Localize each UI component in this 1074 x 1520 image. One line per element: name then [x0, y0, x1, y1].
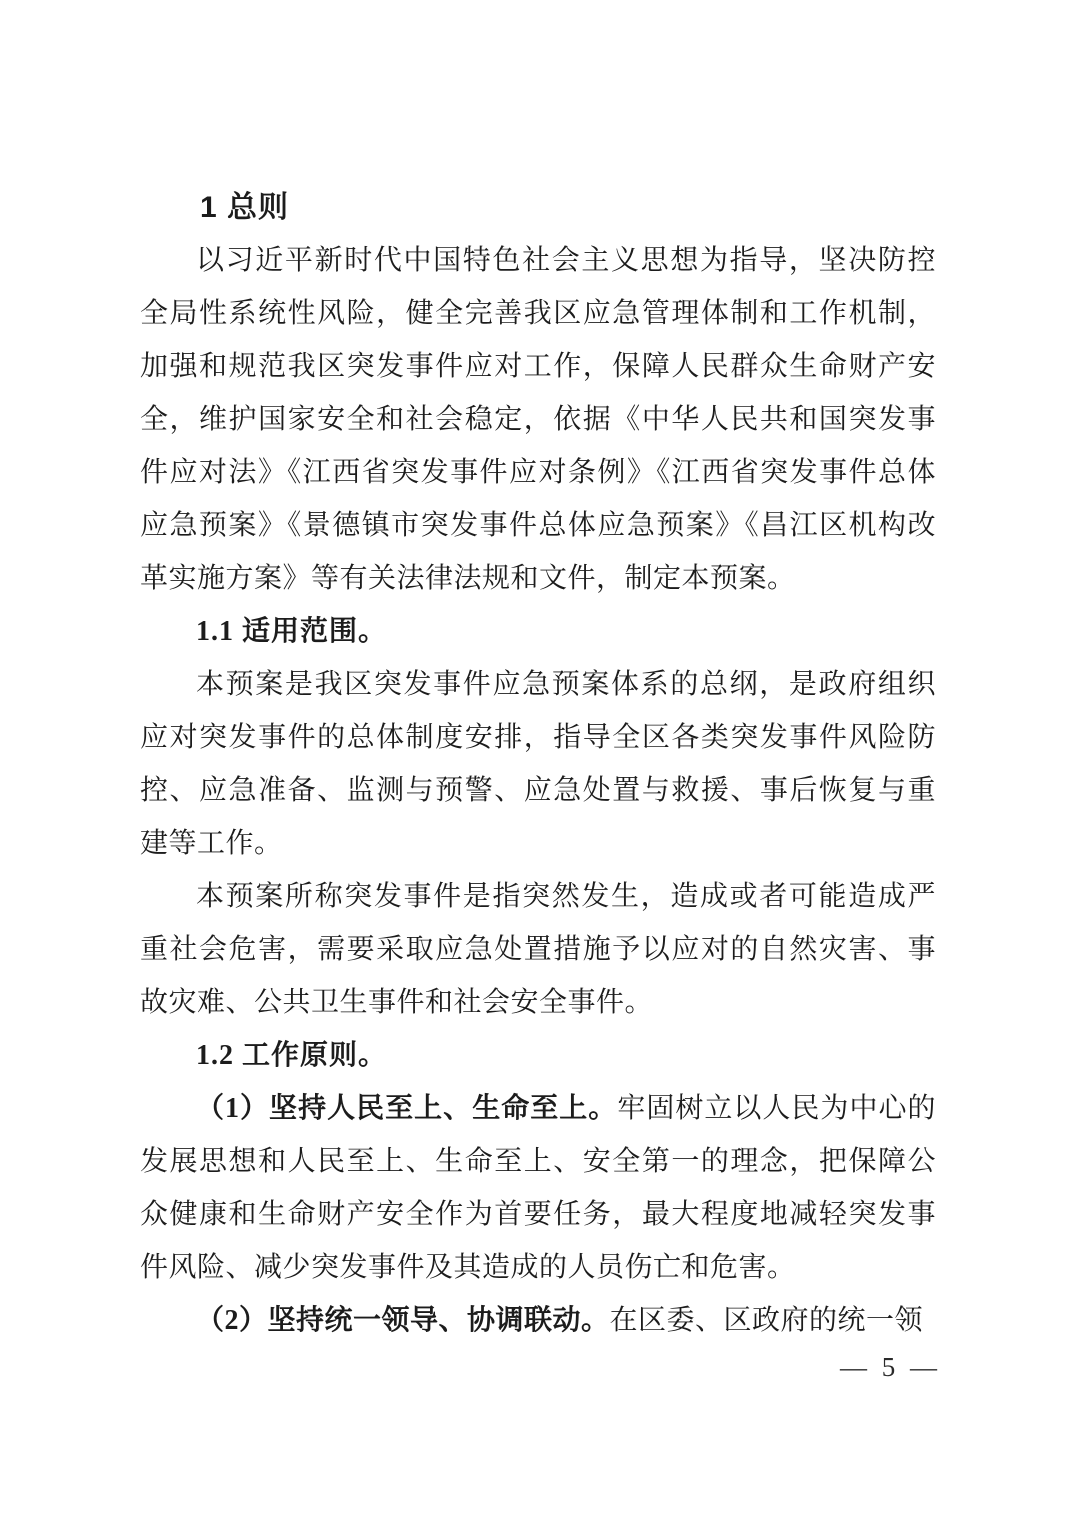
section-heading-general-provisions: 1 总则: [140, 181, 936, 234]
paragraph-principle-2: （2）坚持统一领导、协调联动。在区委、区政府的统一领: [140, 1294, 936, 1347]
paragraph-principle-2-lead: （2）坚持统一领导、协调联动。: [196, 1305, 610, 1336]
paragraph-plan-outline: 本预案是我区突发事件应急预案体系的总纲，是政府组织应对突发事件的总体制度安排，指…: [140, 658, 936, 870]
paragraph-principle-1: （1）坚持人民至上、生命至上。牢固树立以人民为中心的发展思想和人民至上、生命至上…: [140, 1082, 936, 1294]
subsection-heading-work-principles: 1.2 工作原则。: [140, 1029, 936, 1082]
paragraph-emergency-definition: 本预案所称突发事件是指突然发生，造成或者可能造成严重社会危害，需要采取应急处置措…: [140, 870, 936, 1029]
subsection-heading-scope: 1.1 适用范围。: [140, 605, 936, 658]
document-page: 1 总则 以习近平新时代中国特色社会主义思想为指导，坚决防控全局性系统性风险，健…: [0, 0, 1074, 1520]
paragraph-principle-1-lead: （1）坚持人民至上、生命至上。: [196, 1093, 617, 1124]
paragraph-principle-2-body: 在区委、区政府的统一领: [610, 1305, 924, 1336]
paragraph-guiding-ideology: 以习近平新时代中国特色社会主义思想为指导，坚决防控全局性系统性风险，健全完善我区…: [140, 234, 936, 605]
document-body: 1 总则 以习近平新时代中国特色社会主义思想为指导，坚决防控全局性系统性风险，健…: [140, 181, 936, 1347]
page-number: — 5 —: [840, 1347, 941, 1387]
